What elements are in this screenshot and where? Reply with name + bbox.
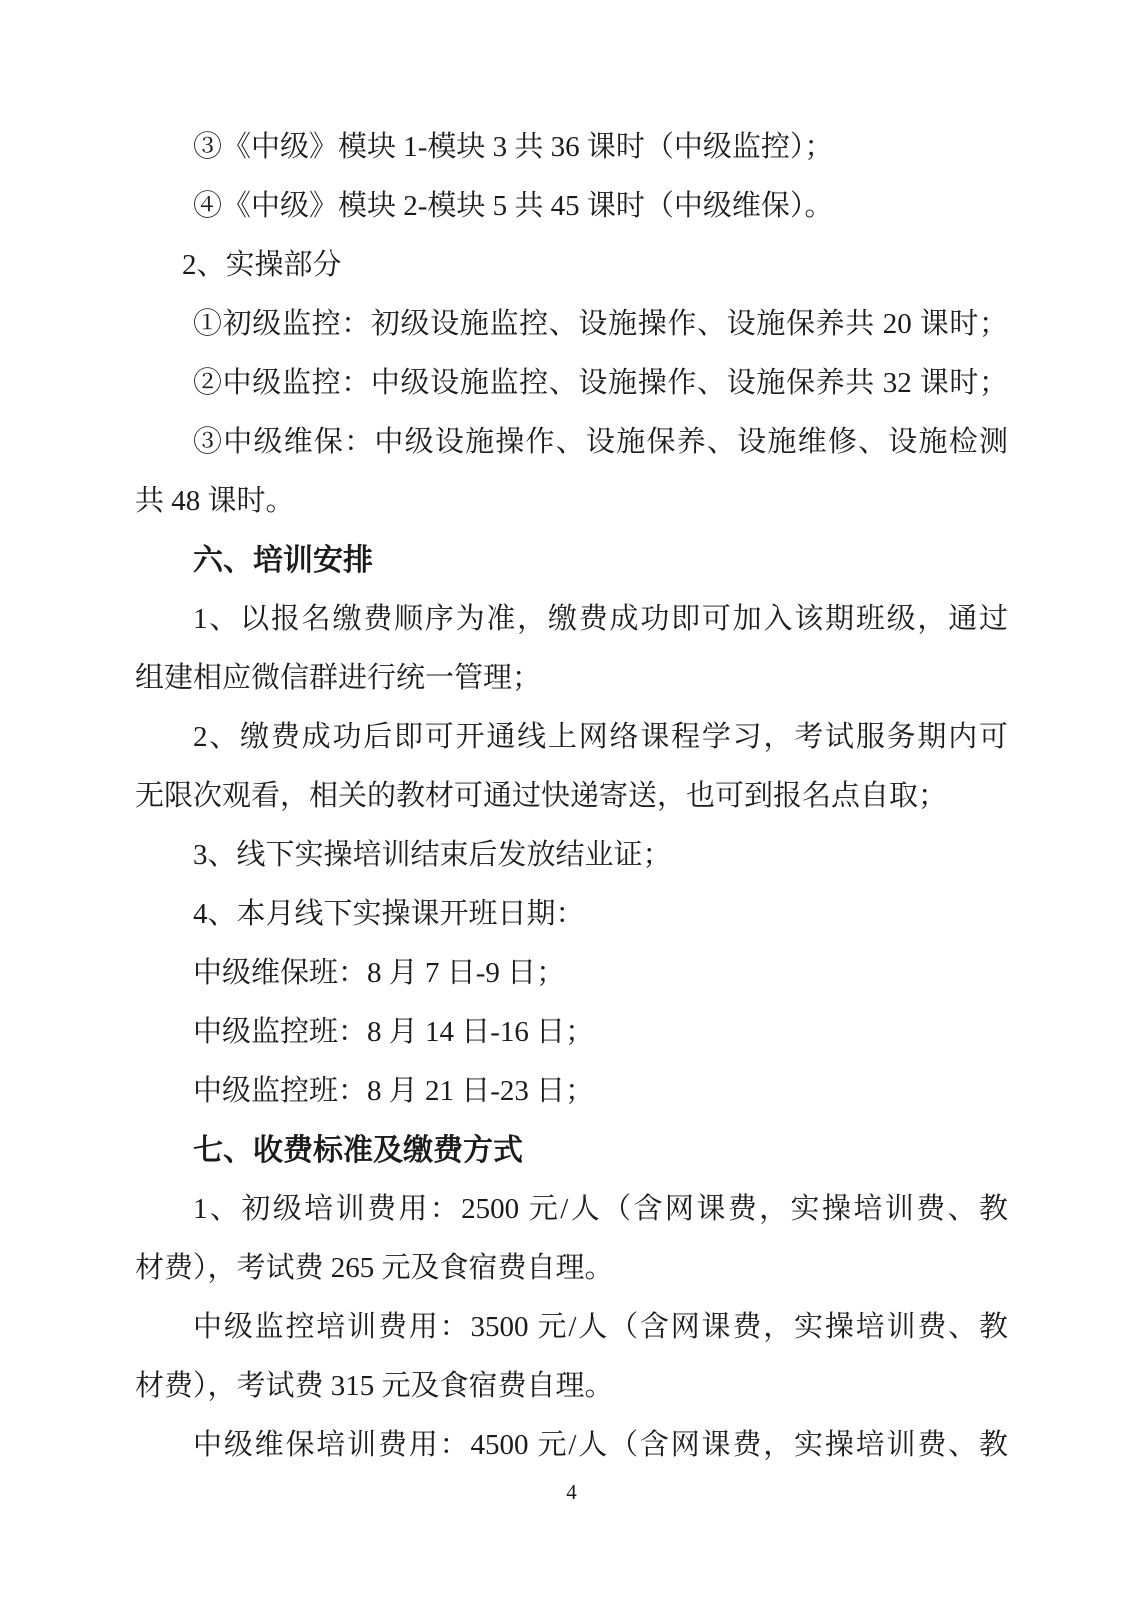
doc-line-certificate: 3、线下实操培训结束后发放结业证；: [135, 826, 1008, 885]
doc-line-mid-monitor-fee: 中级监控培训费用：3500 元/人（含网课费，实操培训费、教: [135, 1298, 1008, 1357]
document-page: ③《中级》模块 1-模块 3 共 36 课时（中级监控）； ④《中级》模块 2-…: [0, 0, 1131, 1600]
doc-line-mid-monitor: ②中级监控：中级设施监控、设施操作、设施保养共 32 课时；: [135, 354, 1008, 413]
doc-line-mid-monitor-fee-cont: 材费），考试费 315 元及食宿费自理。: [135, 1357, 1008, 1416]
doc-line-mid-maintain-fee: 中级维保培训费用：4500 元/人（含网课费，实操培训费、教: [135, 1416, 1008, 1475]
doc-line-online-course: 2、缴费成功后即可开通线上网络课程学习，考试服务期内可: [135, 708, 1008, 767]
doc-line-mid-maintain-cont: 共 48 课时。: [135, 472, 1008, 531]
doc-line-module-4: ④《中级》模块 2-模块 5 共 45 课时（中级维保）。: [135, 177, 1008, 236]
document-body: ③《中级》模块 1-模块 3 共 36 课时（中级监控）； ④《中级》模块 2-…: [135, 118, 1008, 1507]
doc-line-enroll-order-cont: 组建相应微信群进行统一管理；: [135, 649, 1008, 708]
heading-fees-payment: 七、收费标准及缴费方式: [135, 1121, 1008, 1180]
doc-line-module-3: ③《中级》模块 1-模块 3 共 36 课时（中级监控）；: [135, 118, 1008, 177]
doc-line-junior-fee-cont: 材费），考试费 265 元及食宿费自理。: [135, 1239, 1008, 1298]
doc-line-date-monitor-class1: 中级监控班：8 月 14 日-16 日；: [135, 1003, 1008, 1062]
heading-training-schedule: 六、培训安排: [135, 531, 1008, 590]
doc-line-online-course-cont: 无限次观看，相关的教材可通过快递寄送，也可到报名点自取；: [135, 767, 1008, 826]
doc-line-mid-maintain: ③中级维保：中级设施操作、设施保养、设施维修、设施检测: [135, 413, 1008, 472]
doc-line-enroll-order: 1、以报名缴费顺序为准，缴费成功即可加入该期班级，通过: [135, 590, 1008, 649]
doc-line-junior-monitor: ①初级监控：初级设施监控、设施操作、设施保养共 20 课时；: [135, 295, 1008, 354]
doc-line-junior-fee: 1、初级培训费用：2500 元/人（含网课费，实操培训费、教: [135, 1180, 1008, 1239]
page-number: 4: [135, 1477, 1008, 1507]
doc-line-practical-part: 2、实操部分: [135, 236, 1008, 295]
doc-line-date-maintain-class: 中级维保班：8 月 7 日-9 日；: [135, 944, 1008, 1003]
doc-line-class-dates: 4、本月线下实操课开班日期：: [135, 885, 1008, 944]
doc-line-date-monitor-class2: 中级监控班：8 月 21 日-23 日；: [135, 1062, 1008, 1121]
